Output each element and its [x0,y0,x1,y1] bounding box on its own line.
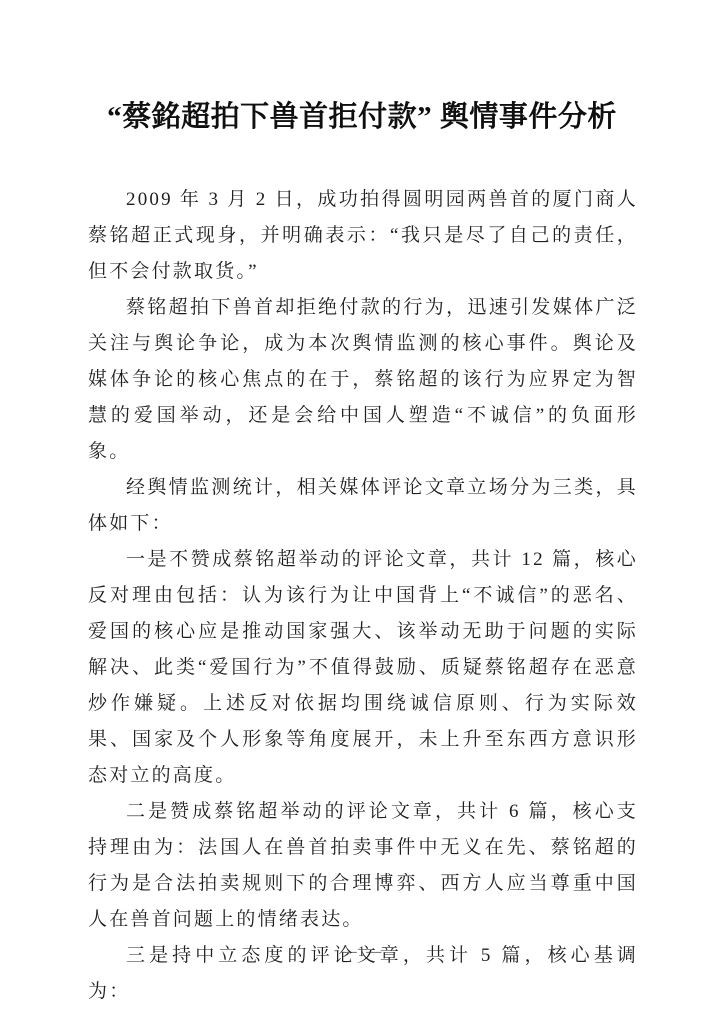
paragraph-category-oppose: 一是不赞成蔡铭超举动的评论文章，共计 12 篇，核心反对理由包括：认为该行为让中… [88,542,638,794]
paragraph-monitor-summary: 经舆情监测统计，相关媒体评论文章立场分为三类，具体如下： [88,470,638,542]
document-body: 2009 年 3 月 2 日，成功拍得圆明园两兽首的厦门商人蔡铭超正式现身，并明… [88,182,638,1010]
paragraph-intro-event: 2009 年 3 月 2 日，成功拍得圆明园两兽首的厦门商人蔡铭超正式现身，并明… [88,182,638,290]
paragraph-controversy: 蔡铭超拍下兽首却拒绝付款的行为，迅速引发媒体广泛关注与舆论争论，成为本次舆情监测… [88,290,638,470]
page-number: —1— [0,944,724,961]
paragraph-category-support: 二是赞成蔡铭超举动的评论文章，共计 6 篇，核心支持理由为：法国人在兽首拍卖事件… [88,794,638,938]
document-title: “蔡銘超拍下兽首拒付款” 舆情事件分析 [0,96,724,138]
document-page: “蔡銘超拍下兽首拒付款” 舆情事件分析 2009 年 3 月 2 日，成功拍得圆… [0,0,724,1024]
